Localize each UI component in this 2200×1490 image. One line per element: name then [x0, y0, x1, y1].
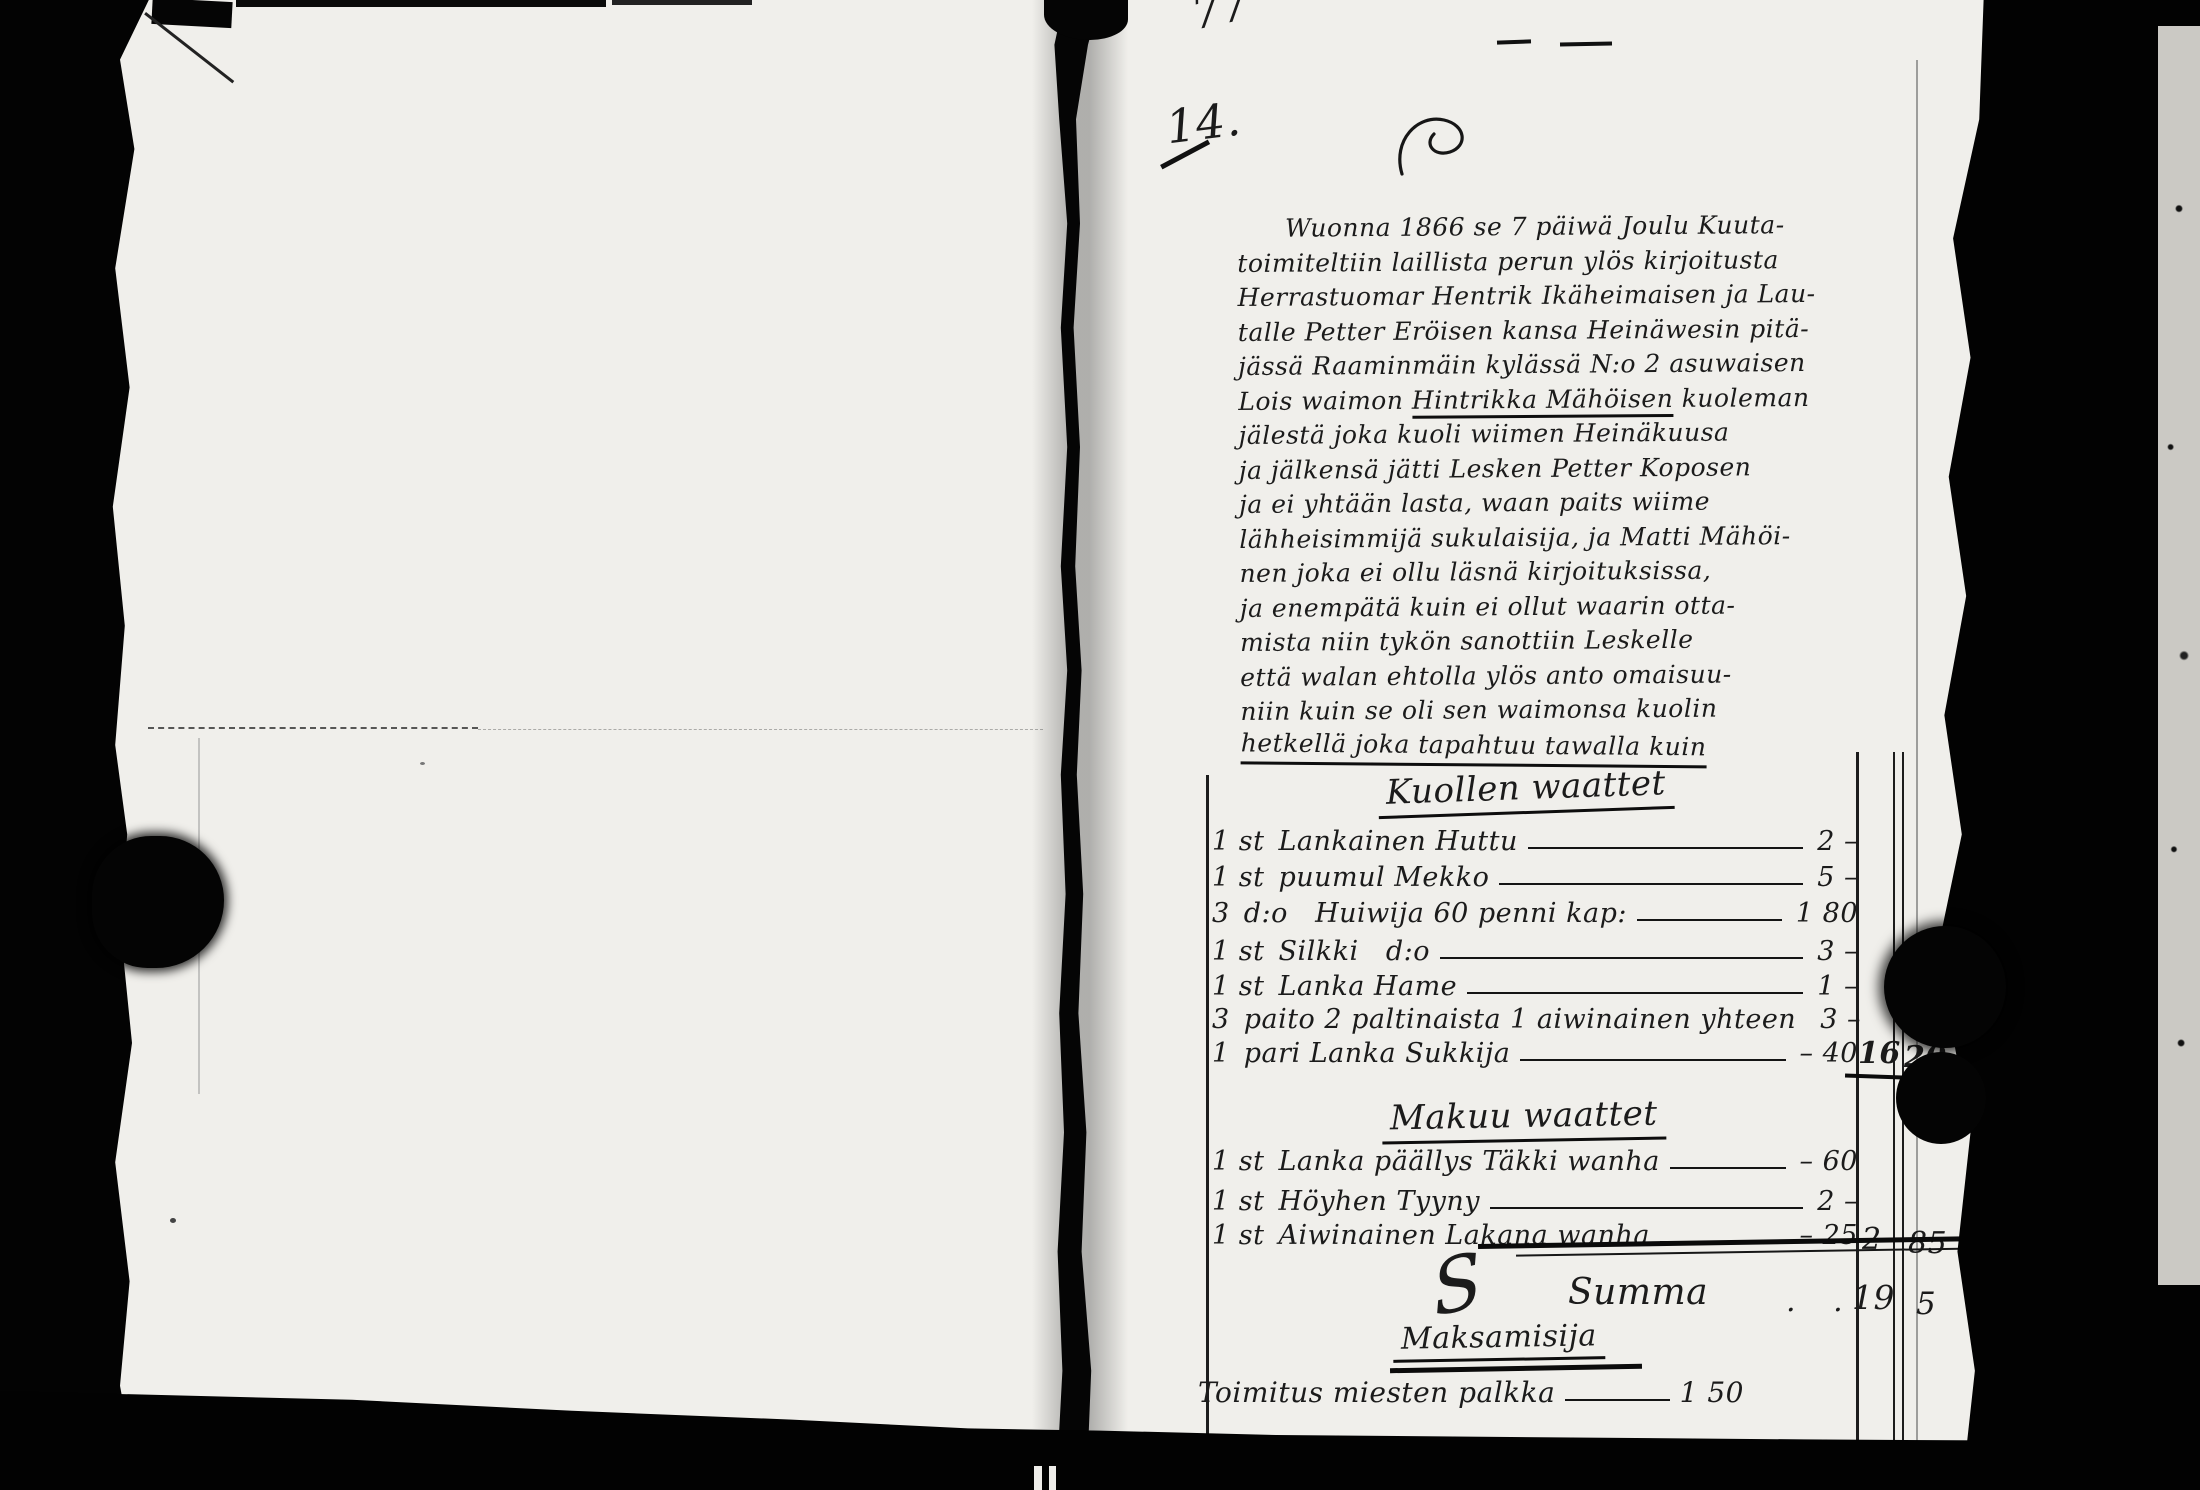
inventory-item-row: 1 st Lanka Hame 1 – [1212, 971, 1858, 1002]
manuscript-line: ja jälkensä jätti Lesken Petter Koposen [1239, 448, 1969, 488]
inventory-item-row: 3 d:o Huiwija 60 penni kap: 1 80 [1212, 898, 1858, 929]
leader-line [1565, 1399, 1669, 1401]
film-sprocket-mark [1049, 1466, 1056, 1490]
item-desc: Höyhen Tyyny [1278, 1186, 1480, 1217]
film-edge-strip-bottom [2158, 1285, 2200, 1490]
item-desc: Lankainen Huttu [1278, 826, 1517, 857]
manuscript-line: niin kuin se oli sen waimonsa kuolin [1240, 690, 1970, 730]
film-edge-strip [2158, 0, 2200, 1490]
inventory-item-row: 1 st Lankainen Huttu 2 – [1212, 826, 1858, 857]
margin-dash-mark [1560, 42, 1612, 47]
line-text: kuoleman [1673, 383, 1809, 413]
item-amount: 2 – [1817, 826, 1858, 857]
underlined-closing-line: hetkellä joka tapahtuu tawalla kuin [1241, 726, 1707, 768]
manuscript-line: Lois waimon Hintrikka Mähöisen kuoleman [1238, 379, 1968, 419]
subtotal-mark: 16 [1858, 1036, 1901, 1071]
inventory-item-row: 3 paito 2 paltinaista 1 aiwinainen yhtee… [1212, 1004, 1858, 1035]
item-qty: 1 st [1212, 971, 1264, 1002]
summa-mark: 19 [1852, 1278, 1895, 1317]
item-desc: Lanka päällys Täkki wanha [1278, 1146, 1659, 1177]
manuscript-line: lähheisimmijä sukulaisija, ja Matti Mähö… [1239, 517, 1969, 557]
leader-line [1528, 847, 1803, 849]
table-left-rule [1206, 775, 1209, 1445]
manuscript-paragraph: Wuonna 1866 se 7 päiwä Joulu Kuuta- toim… [1237, 207, 1971, 767]
item-qty: 1 [1212, 1038, 1230, 1069]
item-amount: 3 – [1817, 936, 1858, 967]
film-sprocket-mark [1034, 1466, 1042, 1490]
item-qty: 1 st [1212, 1186, 1264, 1217]
heading-thick-underline [1390, 1364, 1642, 1373]
leader-line [1499, 883, 1803, 885]
summa-penni: 5 [1916, 1286, 1936, 1322]
film-border-top [612, 0, 752, 5]
item-desc: pari Lanka Sukkija [1244, 1038, 1511, 1069]
film-edge-blob [92, 836, 224, 968]
page-crease-line [148, 727, 478, 729]
item-qty: 1 st [1212, 826, 1264, 857]
total-column-rule [1893, 752, 1895, 1445]
manuscript-line: ja ei yhtään lasta, waan paits wiime [1239, 483, 1969, 523]
item-desc: Lanka Hame [1278, 971, 1457, 1002]
film-border-right [1940, 0, 2158, 1490]
inventory-item-row: 1 st Lanka päällys Täkki wanha – 60 [1212, 1146, 1858, 1177]
underlined-name: Hintrikka Mähöisen [1412, 383, 1674, 418]
manuscript-line: talle Petter Eröisen kansa Heinäwesin pi… [1238, 310, 1968, 350]
flourish-mark [1388, 110, 1480, 182]
film-edge-blob [1896, 1052, 1986, 1144]
item-desc: d:o Huiwija 60 penni kap: [1244, 898, 1627, 929]
manuscript-line: ja enempätä kuin ei ollut waarin otta- [1240, 586, 1970, 626]
manuscript-line: Wuonna 1866 se 7 päiwä Joulu Kuuta- [1237, 207, 1967, 247]
corner-page-number: 77 [1187, 0, 1253, 40]
item-qty: 1 st [1212, 1146, 1264, 1177]
item-desc: paito 2 paltinaista 1 aiwinainen yhteen [1244, 1004, 1797, 1035]
manuscript-line: toimiteltiin laillista perun ylös kirjoi… [1237, 241, 1967, 281]
item-amount: 1 50 [1680, 1376, 1744, 1409]
manuscript-line: jälestä joka kuoli wiimen Heinäkuusa [1238, 414, 1968, 454]
item-amount: 1 80 [1796, 898, 1858, 929]
section-title-maksamisija: Maksamisija [1393, 1318, 1605, 1363]
payment-item-row: Toimitus miesten palkka 1 50 [1198, 1376, 1744, 1409]
manuscript-line: että walan ehtolla ylös anto omaisuu- [1240, 655, 1970, 695]
film-edge-strip-top [2158, 0, 2200, 26]
item-desc: Toimitus miesten palkka [1198, 1376, 1555, 1409]
item-qty: 1 st [1212, 1220, 1264, 1251]
leader-line [1637, 919, 1782, 921]
summa-label: Summa [1568, 1272, 1708, 1313]
item-amount: 2 – [1817, 1186, 1858, 1217]
item-amount: 5 – [1817, 862, 1858, 893]
leader-line [1440, 957, 1803, 959]
item-qty: 1 st [1212, 936, 1264, 967]
film-edge-blob [1884, 926, 2006, 1048]
margin-dash-mark [1497, 39, 1531, 44]
item-qty: 1 st [1212, 862, 1264, 893]
inventory-item-row: 1 pari Lanka Sukkija – 40 [1212, 1038, 1858, 1069]
item-desc: Silkki d:o [1278, 936, 1430, 967]
leader-line [1520, 1059, 1785, 1061]
item-qty: 3 [1212, 1004, 1230, 1035]
leader-line [1670, 1167, 1786, 1169]
line-text: Lois waimon [1238, 385, 1412, 415]
item-amount: – 60 [1800, 1146, 1858, 1177]
item-qty: 3 [1212, 898, 1230, 929]
inventory-item-row: 1 st Silkki d:o 3 – [1212, 936, 1858, 967]
manuscript-line: nen joka ei ollu läsnä kirjoituksissa, [1239, 552, 1969, 592]
section-title-kuollen-waattet: Kuollen waattet [1377, 763, 1674, 819]
item-amount: – 25 [1800, 1220, 1858, 1251]
film-border-top [236, 0, 606, 7]
leader-line [1467, 992, 1803, 994]
paper-speck [420, 762, 425, 765]
manuscript-line: Herrastuomar Hentrik Ikäheimaisen ja Lau… [1237, 276, 1967, 316]
manuscript-line: hetkellä joka tapahtuu tawalla kuin [1241, 724, 1971, 767]
paper-speck [170, 1218, 176, 1223]
item-desc: puumul Mekko [1278, 862, 1489, 893]
manuscript-line: mista niin tykön sanottiin Leskelle [1240, 621, 1970, 661]
inventory-item-row: 1 st Höyhen Tyyny 2 – [1212, 1186, 1858, 1217]
film-corner-mark [151, 0, 232, 28]
item-amount: 1 – [1817, 971, 1858, 1002]
subtotal-penni: 85 [1908, 1226, 1947, 1261]
summa-dots: . . [1786, 1284, 1857, 1319]
page-crease-line-faint [478, 729, 1043, 730]
document-scan: 77 14. Wuonna 1866 se 7 päiwä Joulu Kuut… [0, 0, 2200, 1490]
section-title-makuu-waattet: Makuu waattet [1382, 1094, 1666, 1145]
leader-line [1490, 1207, 1803, 1209]
film-border-left [0, 0, 240, 1490]
inventory-item-row: 1 st puumul Mekko 5 – [1212, 862, 1858, 893]
item-amount: – 40 [1800, 1038, 1858, 1069]
manuscript-line: jässä Raaminmäin kylässä N:o 2 asuwaisen [1238, 345, 1968, 385]
item-amount: 3 – [1820, 1004, 1861, 1035]
